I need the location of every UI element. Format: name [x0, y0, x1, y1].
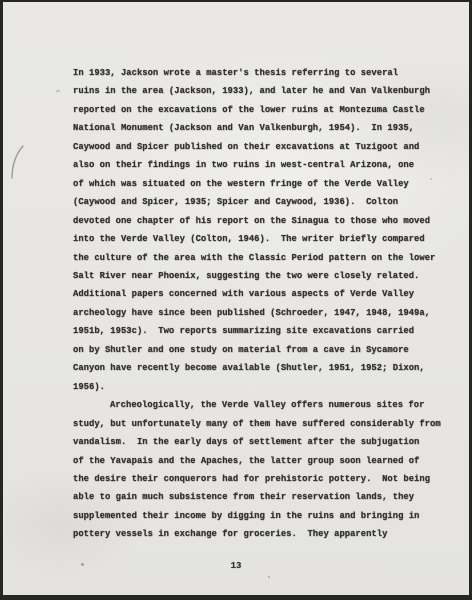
text-line: 1956). [73, 378, 458, 396]
scanned-page: In 1933, Jackson wrote a master's thesis… [0, 0, 472, 600]
text-line-paragraph-start: Archeologically, the Verde Valley offers… [73, 396, 458, 414]
ink-smudge [56, 89, 60, 92]
body-text: In 1933, Jackson wrote a master's thesis… [73, 64, 458, 544]
text-line: In 1933, Jackson wrote a master's thesis… [73, 64, 458, 82]
pencil-mark [6, 142, 28, 184]
text-line: of the Yavapais and the Apaches, the lat… [73, 452, 458, 470]
text-line: supplemented their income by digging in … [73, 507, 458, 525]
text-line: study, but unfortunately many of them ha… [73, 415, 458, 433]
text-line: Canyon have recently become available (S… [73, 359, 458, 377]
text-line: (Caywood and Spicer, 1935; Spicer and Ca… [73, 193, 458, 211]
text-line: on by Shutler and one study on material … [73, 341, 458, 359]
text-line: the desire their conquerors had for preh… [73, 470, 458, 488]
text-line: reported on the excavations of the lower… [73, 101, 458, 119]
text-line: archeology have since been published (Sc… [73, 304, 458, 322]
text-line: devoted one chapter of his report on the… [73, 212, 458, 230]
text-line: able to gain much subsistence from their… [73, 488, 458, 506]
text-line: also on their findings in two ruins in w… [73, 156, 458, 174]
text-line: pottery vessels in exchange for grocerie… [73, 525, 458, 543]
text-line: ruins in the area (Jackson, 1933), and l… [73, 82, 458, 100]
text-line: National Monument (Jackson and Van Valke… [73, 119, 458, 137]
text-line: Caywood and Spicer published on their ex… [73, 138, 458, 156]
text-line: into the Verde Valley (Colton, 1946). Th… [73, 230, 458, 248]
dust-speck [268, 576, 270, 578]
text-line: vandalism. In the early days of settleme… [73, 433, 458, 451]
page-number: 13 [3, 561, 469, 571]
text-line: Salt River near Phoenix, suggesting the … [73, 267, 458, 285]
text-line: Additional papers concerned with various… [73, 285, 458, 303]
text-line: the culture of the area with the Classic… [73, 249, 458, 267]
text-line: of which was situated on the western fri… [73, 175, 458, 193]
text-line: 1951b, 1953c). Two reports summarizing s… [73, 322, 458, 340]
